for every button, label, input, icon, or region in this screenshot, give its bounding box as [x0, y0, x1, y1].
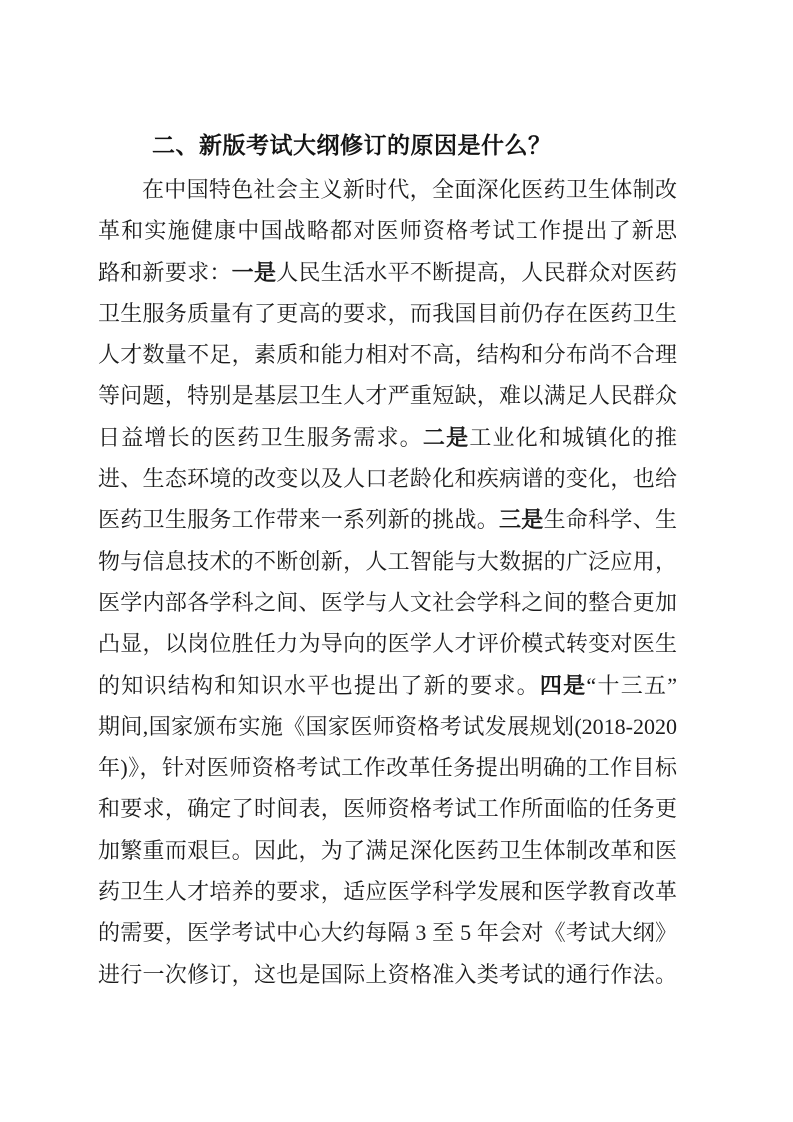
paragraph-line: 加繁重而艰巨。因此，为了满足深化医药卫生体制改革和医 [98, 830, 677, 871]
paragraph-line: 年)》，针对医师资格考试工作改革任务提出明确的工作目标 [98, 747, 677, 788]
text-run: 的知识结构和知识水平也提出了新的要求。 [98, 673, 540, 698]
section-heading: 二、新版考试大纲修订的原因是什么？ [98, 127, 677, 160]
text-run: 和要求，确定了时间表，医师资格考试工作所面临的任务更 [98, 796, 677, 821]
text-run: 凸显，以岗位胜任力为导向的医学人才评价模式转变对医生 [98, 631, 677, 656]
text-run: 进、生态环境的改变以及人口老龄化和疾病谱的变化，也给 [98, 466, 677, 491]
paragraph: 在中国特色社会主义新时代，全面深化医药卫生体制改革和实施健康中国战略都对医师资格… [98, 169, 677, 995]
text-run: 物与信息技术的不断创新，人工智能与大数据的广泛应用， [98, 549, 677, 574]
paragraph-line: 期间,国家颁布实施《国家医师资格考试发展规划(2018-2020 [98, 706, 677, 747]
bold-run: 三是 [499, 507, 544, 532]
paragraph-line: 的知识结构和知识水平也提出了新的要求。四是“十三五” [98, 665, 677, 706]
paragraph-line: 日益增长的医药卫生服务需求。二是工业化和城镇化的推 [98, 417, 677, 458]
document-page: 二、新版考试大纲修订的原因是什么？ 在中国特色社会主义新时代，全面深化医药卫生体… [0, 0, 793, 1122]
text-run: 生命科学、生 [544, 507, 677, 532]
paragraph-line: 物与信息技术的不断创新，人工智能与大数据的广泛应用， [98, 541, 677, 582]
text-run: 在中国特色社会主义新时代，全面深化医药卫生体制改 [142, 177, 677, 202]
text-run: 人才数量不足，素质和能力相对不高，结构和分布尚不合理 [98, 342, 677, 367]
text-run: “十三五” [586, 673, 677, 698]
text-run: 的需要，医学考试中心大约每隔 3 至 5 年会对《考试大纲》 [98, 920, 677, 945]
paragraph-line: 医药卫生服务工作带来一系列新的挑战。三是生命科学、生 [98, 499, 677, 540]
paragraph-line: 路和新要求：一是人民生活水平不断提高，人民群众对医药 [98, 252, 677, 293]
paragraph-line: 进行一次修订，这也是国际上资格准入类考试的通行作法。 [98, 954, 677, 995]
text-run: 卫生服务质量有了更高的要求，而我国目前仍存在医药卫生 [98, 301, 677, 326]
text-run: 等问题，特别是基层卫生人才严重短缺，难以满足人民群众 [98, 383, 677, 408]
paragraph-line: 在中国特色社会主义新时代，全面深化医药卫生体制改 [98, 169, 677, 210]
paragraph-line: 的需要，医学考试中心大约每隔 3 至 5 年会对《考试大纲》 [98, 912, 677, 953]
paragraph-line: 医学内部各学科之间、医学与人文社会学科之间的整合更加 [98, 582, 677, 623]
text-run: 路和新要求： [98, 260, 232, 285]
bold-run: 一是 [232, 260, 277, 285]
paragraph-line: 药卫生人才培养的要求，适应医学科学发展和医学教育改革 [98, 871, 677, 912]
bold-run: 四是 [540, 673, 587, 698]
text-run: 革和实施健康中国战略都对医师资格考试工作提出了新思 [98, 218, 677, 243]
paragraph-line: 卫生服务质量有了更高的要求，而我国目前仍存在医药卫生 [98, 293, 677, 334]
text-run: 医药卫生服务工作带来一系列新的挑战。 [98, 507, 499, 532]
paragraph-line: 人才数量不足，素质和能力相对不高，结构和分布尚不合理 [98, 334, 677, 375]
text-run: 医学内部各学科之间、医学与人文社会学科之间的整合更加 [98, 590, 677, 615]
text-run: 日益增长的医药卫生服务需求。 [98, 425, 423, 450]
text-run: 人民生活水平不断提高，人民群众对医药 [276, 260, 677, 285]
text-run: 年)》，针对医师资格考试工作改革任务提出明确的工作目标 [98, 755, 677, 780]
paragraph-line: 进、生态环境的改变以及人口老龄化和疾病谱的变化，也给 [98, 458, 677, 499]
paragraph-line: 凸显，以岗位胜任力为导向的医学人才评价模式转变对医生 [98, 623, 677, 664]
bold-run: 二是 [423, 425, 469, 450]
paragraph-line: 等问题，特别是基层卫生人才严重短缺，难以满足人民群众 [98, 375, 677, 416]
text-run: 期间,国家颁布实施《国家医师资格考试发展规划(2018-2020 [98, 714, 677, 739]
paragraph-line: 和要求，确定了时间表，医师资格考试工作所面临的任务更 [98, 788, 677, 829]
text-run: 进行一次修订，这也是国际上资格准入类考试的通行作法。 [98, 962, 677, 987]
paragraph-line: 革和实施健康中国战略都对医师资格考试工作提出了新思 [98, 210, 677, 251]
text-run: 工业化和城镇化的推 [469, 425, 677, 450]
text-run: 加繁重而艰巨。因此，为了满足深化医药卫生体制改革和医 [98, 838, 677, 863]
text-run: 药卫生人才培养的要求，适应医学科学发展和医学教育改革 [98, 879, 677, 904]
